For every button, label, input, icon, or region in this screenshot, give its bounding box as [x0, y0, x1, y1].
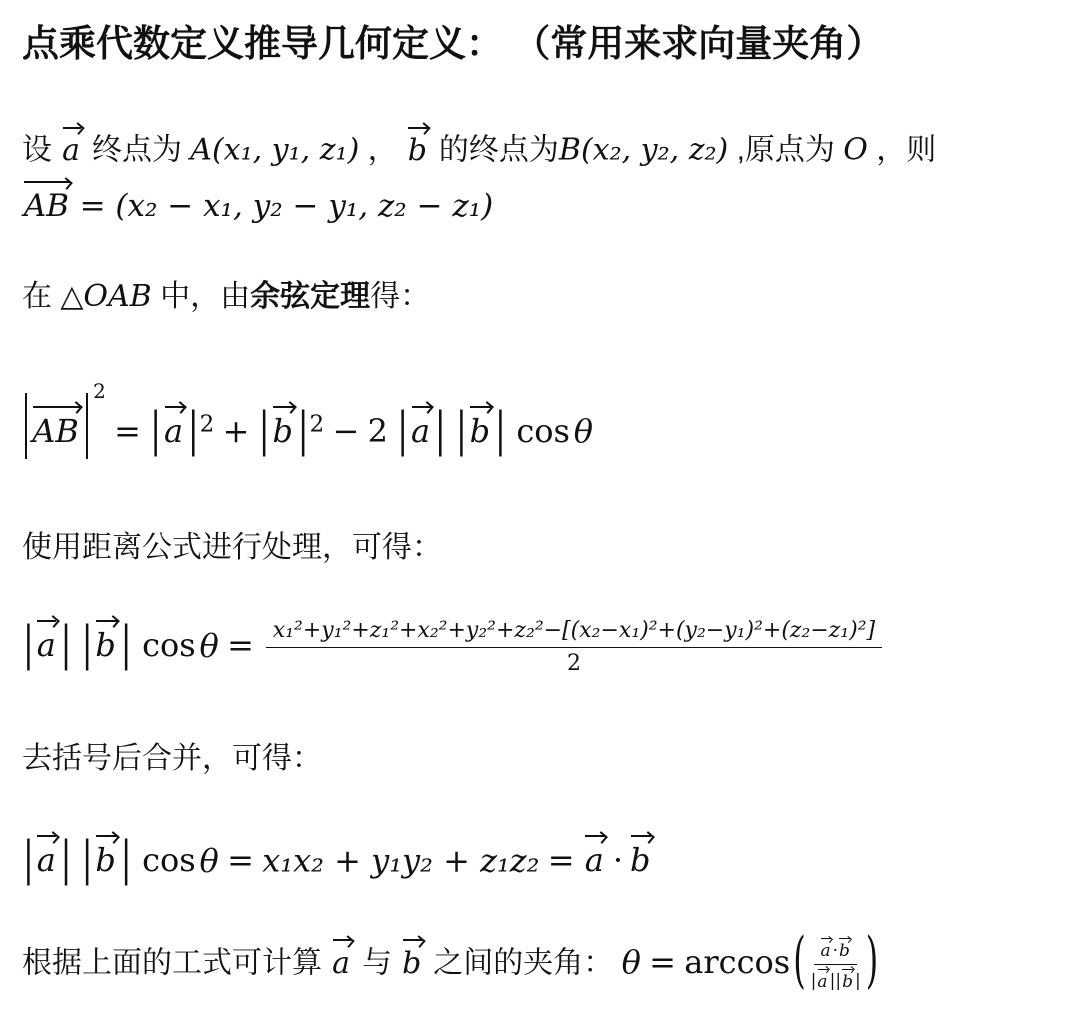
vector-letter: b [402, 946, 421, 981]
vector-a: a [60, 122, 83, 166]
vector-letter: b [842, 972, 853, 992]
coefficient-2: 2 [368, 412, 388, 450]
vector-arrow-icon [165, 406, 184, 408]
fraction-denominator: |a||b| [811, 965, 861, 993]
abs-bar: | [187, 402, 200, 457]
text-run: ，则 [868, 134, 936, 167]
text-run: 终点为 [84, 134, 191, 167]
text-run: 在 [22, 280, 60, 313]
vector-a: a [816, 966, 829, 991]
text-run: 设 [22, 134, 60, 167]
theta-symbol: θ [200, 841, 219, 879]
arccos-expression: θ=arccos(a·b|a||b|) [622, 943, 882, 981]
vector-a: a [35, 831, 60, 878]
equals-sign: = [227, 841, 254, 879]
abs-bar-tall [25, 393, 27, 459]
text-run: ， [359, 134, 406, 167]
vector-b: b [271, 402, 297, 449]
angle-conclusion-paragraph: 根据上面的工式可计算 a 与 b 之间的夹角： θ=arccos(a·b|a||… [22, 935, 1048, 993]
vector-arrow-icon [818, 969, 828, 970]
vector-b: b [468, 402, 494, 449]
vector-arrow-icon [470, 406, 490, 408]
cosine-rule-formula: AB2=|a|2+|b|2−2|a||b|cosθ [22, 379, 1048, 459]
abs-bar: | [22, 616, 35, 671]
vector-arrow-icon [96, 620, 116, 622]
vector-arrow-icon [585, 835, 604, 837]
vector-arrow-icon [408, 127, 427, 129]
equals-sign: = [114, 412, 141, 450]
cos-function: cos [142, 841, 196, 879]
exponent-2: 2 [310, 412, 325, 438]
equals-sign: = [649, 943, 676, 981]
vector-arrow-icon [631, 835, 651, 837]
vector-arrow-icon [839, 938, 850, 939]
vector-ab: AB [22, 177, 73, 223]
exponent-2: 2 [200, 412, 215, 438]
text-run: 根据上面的工式可计算 [22, 947, 330, 980]
vector-letter: a [585, 841, 604, 879]
abs-bar: | [455, 402, 468, 457]
vector-arrow-icon [96, 835, 116, 837]
fraction-numerator: a·b [814, 936, 857, 965]
vector-arrow-icon [33, 406, 80, 408]
vector-letter: b [95, 841, 115, 879]
abs-bar: | [22, 831, 35, 886]
vector-letter: a [332, 946, 350, 981]
combine-intro-paragraph: 去括号后合并，可得： [22, 736, 1048, 781]
distance-intro-paragraph: 使用距离公式进行处理，可得： [22, 525, 1048, 570]
vector-b: b [93, 616, 119, 663]
vector-ab: AB [30, 402, 82, 449]
abs-bar: | [855, 972, 861, 992]
vector-b: b [841, 966, 855, 991]
exponent-2: 2 [93, 379, 106, 403]
abs-bar-tall [86, 393, 88, 459]
vector-letter: a [411, 412, 430, 450]
abs-bar: | [60, 831, 73, 886]
vector-arrow-icon [63, 127, 81, 129]
page-title: 点乘代数定义推导几何定义： （常用来求向量夹角） [22, 22, 1048, 66]
vector-b: b [838, 936, 852, 961]
vector-letter: a [37, 841, 56, 879]
abs-bar: | [494, 402, 507, 457]
vector-letter: b [95, 626, 115, 664]
vector-arrow-icon [821, 938, 831, 939]
abs-bar: | [60, 616, 73, 671]
vector-arrow-icon [273, 406, 293, 408]
text-run: 与 [354, 947, 401, 980]
vector-arrow-icon [333, 939, 351, 941]
plus-sign: + [223, 412, 250, 450]
cos-function: cos [142, 626, 196, 664]
point-b-coords: B(x₂, y₂, z₂) [559, 133, 728, 168]
abs-bar: | [149, 402, 162, 457]
abs-bar: | [434, 402, 447, 457]
fraction-numerator: x₁²+y₁²+z₁²+x₂²+y₂²+z₂²−[(x₂−x₁)²+(y₂−y₁… [266, 617, 882, 648]
vector-b: b [93, 831, 119, 878]
vector-letter: b [630, 841, 650, 879]
text-run: 之间的夹角： [425, 947, 622, 980]
setup-paragraph: 设 a 终点为 A(x₁, y₁, z₁) ， b 的终点为B(x₂, y₂, … [22, 122, 1048, 173]
vector-a: a [162, 402, 187, 449]
vector-letter: a [820, 941, 830, 961]
document-page: 点乘代数定义推导几何定义： （常用来求向量夹角） 设 a 终点为 A(x₁, y… [0, 0, 1074, 1030]
vector-arrow-icon [412, 406, 431, 408]
dot-operator: · [613, 841, 623, 879]
equals-sign: = [548, 841, 575, 879]
ab-rhs: = (x₂ − x₁, y₂ − y₁, z₂ − z₁) [80, 188, 494, 224]
origin-symbol: O [843, 133, 868, 168]
vector-a: a [583, 831, 608, 878]
vector-b: b [628, 831, 654, 878]
distance-expansion-formula: |a||b|cosθ=x₁²+y₁²+z₁²+x₂²+y₂²+z₂²−[(x₂−… [22, 616, 1048, 678]
vector-a: a [330, 935, 353, 979]
vector-letter: b [272, 412, 292, 450]
vector-arrow-icon [842, 969, 853, 970]
arccos-function: arccos [684, 943, 790, 981]
vector-letter: AB [32, 412, 79, 450]
abs-bar: | [81, 616, 94, 671]
right-paren: ) [866, 914, 878, 1005]
text-run: 中，由 [152, 280, 250, 313]
vector-b: b [400, 935, 425, 979]
vector-letter: a [62, 133, 80, 168]
vector-letter: b [470, 412, 490, 450]
text-run: 的终点为 [431, 134, 559, 167]
component-sum: x₁x₂ + y₁y₂ + z₁z₂ [262, 841, 539, 879]
dot-product-formula: |a||b|cosθ=x₁x₂ + y₁y₂ + z₁z₂=a·b [22, 831, 1048, 879]
text-run: 得： [370, 280, 430, 313]
abs-bar: | [120, 616, 133, 671]
arccos-fraction: a·b|a||b| [811, 936, 861, 993]
cosine-intro-paragraph: 在 △OAB 中，由余弦定理得： [22, 274, 1048, 319]
triangle-oab: OAB [83, 279, 151, 314]
fraction-denominator: 2 [567, 648, 581, 678]
minus-sign: − [333, 412, 360, 450]
abs-bar: | [396, 402, 409, 457]
expansion-fraction: x₁²+y₁²+z₁²+x₂²+y₂²+z₂²−[(x₂−x₁)²+(y₂−y₁… [266, 617, 882, 677]
vector-letter: a [37, 626, 56, 664]
left-paren: ( [793, 914, 805, 1005]
equals-sign: = [227, 626, 254, 664]
abs-bar: | [258, 402, 271, 457]
point-a-coords: A(x₁, y₁, z₁) [190, 133, 359, 168]
vector-a: a [409, 402, 434, 449]
abs-bar: | [297, 402, 310, 457]
law-of-cosines-bold: 余弦定理 [250, 280, 370, 313]
theta-symbol: θ [574, 412, 593, 450]
vector-arrow-icon [403, 939, 422, 941]
vector-letter: AB [24, 188, 69, 224]
abs-bar: | [81, 831, 94, 886]
vector-a: a [35, 616, 60, 663]
vector-arrow-icon [37, 620, 56, 622]
vector-letter: b [839, 941, 850, 961]
abs-bar: | [120, 831, 133, 886]
vector-letter: a [817, 972, 827, 992]
vector-arrow-icon [37, 835, 56, 837]
vector-letter: b [408, 133, 427, 168]
vector-a: a [819, 936, 832, 961]
vector-letter: a [164, 412, 183, 450]
vector-arrow-icon [24, 181, 69, 183]
theta-symbol: θ [200, 626, 219, 664]
triangle-icon: △ [60, 279, 83, 314]
ab-vector-formula: AB= (x₂ − x₁, y₂ − y₁, z₂ − z₁) [22, 177, 1048, 224]
text-run: ,原点为 [728, 134, 843, 167]
cos-function: cos [516, 412, 570, 450]
theta-symbol: θ [622, 943, 641, 981]
vector-b: b [406, 122, 431, 166]
